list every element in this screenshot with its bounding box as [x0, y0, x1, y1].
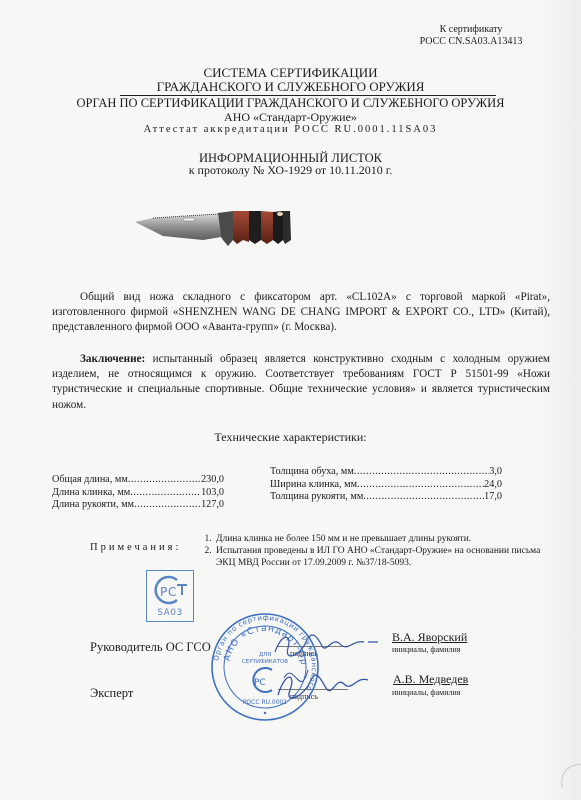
spec-value: 3,0 [489, 466, 502, 479]
head-name: В.А. Яворский [392, 630, 467, 645]
specs-right-column: Толщина обуха, мм3,0 Ширина клинка, мм24… [270, 466, 502, 504]
specs-title: Технические характеристики: [0, 430, 581, 445]
knife-photo [133, 200, 293, 250]
spec-row: Длина клинка, мм103,0 [52, 487, 224, 500]
head-title-label: Руководитель ОС ГСО [90, 640, 211, 655]
svg-text:C: C [168, 585, 176, 599]
note-item: Испытания проведены в ИЛ ГО АНО «Стандар… [214, 545, 545, 569]
notes-list: Длина клинка не более 150 мм и не превыш… [200, 533, 545, 569]
conclusion-label: Заключение: [80, 353, 145, 365]
svg-text:P: P [160, 585, 167, 599]
spec-value: 17,0 [484, 491, 502, 504]
spec-row: Ширина клинка, мм24,0 [270, 479, 502, 492]
spec-label: Длина рукояти, мм [52, 499, 134, 512]
spec-label: Длина клинка, мм [52, 487, 130, 500]
spec-row: Длина рукояти, мм127,0 [52, 499, 224, 512]
expert-name-caption: инициалы, фамилия [392, 688, 460, 697]
expert-name: А.В. Медведев [393, 672, 468, 687]
organization-name: АНО «Стандарт-Оружие» [0, 110, 581, 124]
spec-value: 24,0 [484, 479, 502, 492]
conclusion-paragraph: Заключение: испытанный образец является … [52, 352, 550, 413]
logo-code: SA03 [147, 608, 193, 618]
spec-label: Толщина обуха, мм [270, 466, 354, 479]
system-title-line1: СИСТЕМА СЕРТИФИКАЦИИ [0, 66, 581, 80]
pct-mark-icon: P C [147, 571, 193, 609]
spec-value: 230,0 [201, 474, 224, 487]
certificate-reference-label: К сертификату [411, 24, 531, 36]
spec-row: Общая длина, мм230,0 [52, 474, 224, 487]
certificate-number: РОСС CN.SA03.A13413 [411, 36, 531, 48]
knife-description: Общий вид ножа складного с фиксатором ар… [52, 290, 550, 336]
spec-value: 103,0 [201, 487, 224, 500]
document-page: К сертификату РОСС CN.SA03.A13413 СИСТЕМ… [0, 0, 581, 800]
pct-certification-logo: P C SA03 [146, 570, 194, 622]
certification-body: ОРГАН ПО СЕРТИФИКАЦИИ ГРАЖДАНСКОГО И СЛУ… [0, 97, 581, 110]
spec-label: Ширина клинка, мм [270, 479, 357, 492]
page-corner-mark [558, 760, 581, 790]
specs-left-column: Общая длина, мм230,0 Длина клинка, мм103… [52, 474, 224, 512]
expert-title-label: Эксперт [90, 686, 133, 701]
note-item: Длина клинка не более 150 мм и не превыш… [214, 533, 545, 545]
spec-label: Общая длина, мм [52, 474, 128, 487]
certificate-reference: К сертификату РОСС CN.SA03.A13413 [411, 24, 531, 48]
notes-label: Примечания: [90, 542, 181, 553]
info-sheet-subtitle: к протоколу № ХО-1929 от 10.11.2010 г. [0, 163, 581, 177]
handwritten-signatures [270, 630, 380, 710]
spec-label: Толщина рукояти, мм [270, 491, 363, 504]
head-name-caption: инициалы, фамилия [392, 645, 460, 654]
spec-row: Толщина обуха, мм3,0 [270, 466, 502, 479]
spec-value: 127,0 [201, 499, 224, 512]
accreditation-attestat: Аттестат аккредитации РОСС RU.0001.11SA0… [0, 123, 581, 137]
system-title-line2: ГРАЖДАНСКОГО И СЛУЖЕБНОГО ОРУЖИЯ [0, 80, 581, 94]
svg-text:PC: PC [254, 678, 266, 688]
spec-row: Толщина рукояти, мм17,0 [270, 491, 502, 504]
